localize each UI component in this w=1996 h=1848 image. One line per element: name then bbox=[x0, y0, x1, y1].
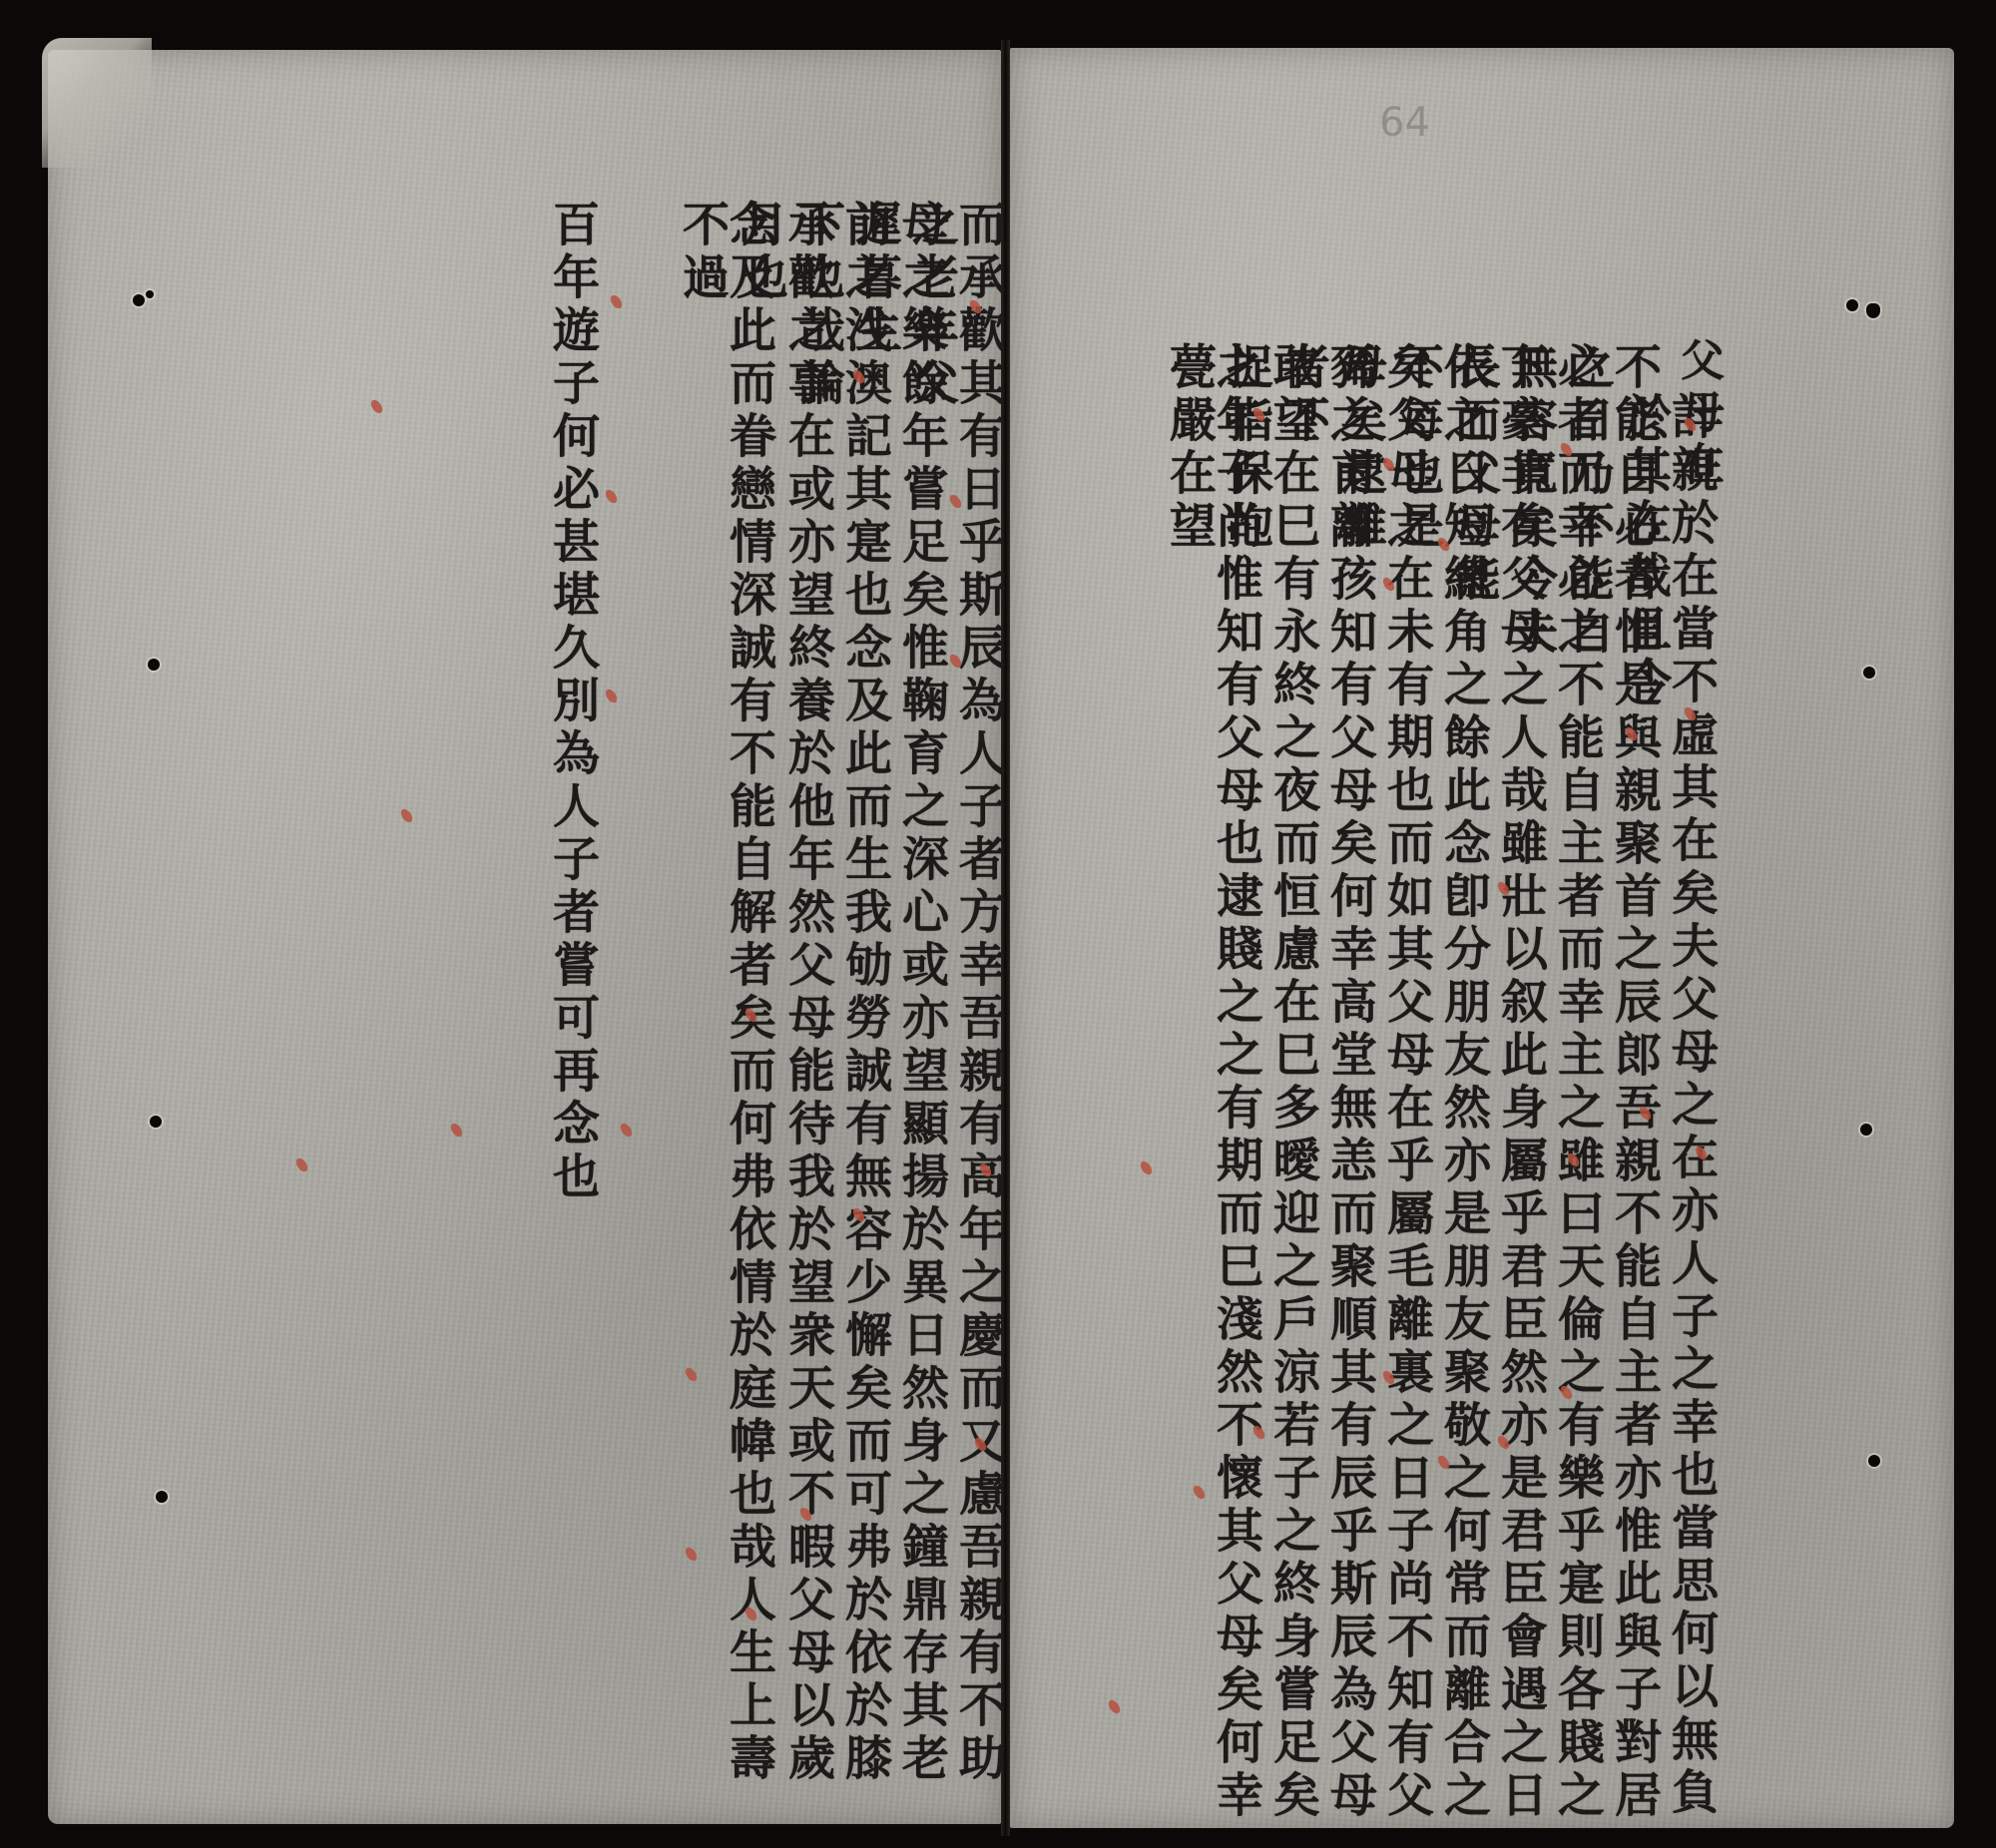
binding-hole bbox=[156, 1491, 168, 1503]
binding-hole bbox=[1868, 1455, 1880, 1467]
punctuation-mark bbox=[369, 398, 385, 415]
binding-hole bbox=[148, 659, 160, 671]
right-page: 父母在 計親於在當不虛其在矣夫父母之在亦人子之幸也當思何以無負於其在哉且今 不能… bbox=[1010, 48, 1954, 1828]
binding-hole bbox=[1866, 303, 1880, 318]
punctuation-mark bbox=[1139, 1159, 1155, 1176]
punctuation-mark bbox=[609, 293, 625, 310]
punctuation-mark bbox=[399, 807, 415, 824]
punctuation-mark bbox=[619, 1122, 635, 1139]
binding-hole bbox=[150, 1116, 162, 1128]
punctuation-mark bbox=[449, 1122, 465, 1139]
punctuation-mark bbox=[604, 488, 620, 505]
binding-hole bbox=[133, 294, 145, 306]
right-column-9: 之年子尚惟知有父母也逮賤之之有期而巳淺然不懷其父母矣何幸甍嚴在望 bbox=[1166, 342, 1259, 1828]
left-column-6: 百年遊子何必甚堪久別為人子者嘗可再念也 bbox=[549, 200, 596, 1204]
left-column-5: 念及此而眷戀情深誠有不能自解者矣而何弗依情於庭幃也哉人生上壽不過 bbox=[679, 200, 772, 1824]
torn-paper-corner bbox=[42, 38, 152, 168]
binding-hole bbox=[146, 290, 154, 298]
binding-hole bbox=[1846, 299, 1858, 311]
left-page: 而承歡其有日乎斯辰為人子者方幸吾親有高年之慶而又慮吾親有不助之老年父 母之樂餘年… bbox=[48, 50, 1001, 1824]
punctuation-mark bbox=[294, 1156, 310, 1173]
binding-hole bbox=[1863, 667, 1875, 679]
punctuation-mark bbox=[604, 688, 620, 704]
page-number-mark: 64 bbox=[1379, 100, 1430, 146]
binding-hole bbox=[1860, 1124, 1872, 1136]
punctuation-mark bbox=[1107, 1698, 1123, 1715]
